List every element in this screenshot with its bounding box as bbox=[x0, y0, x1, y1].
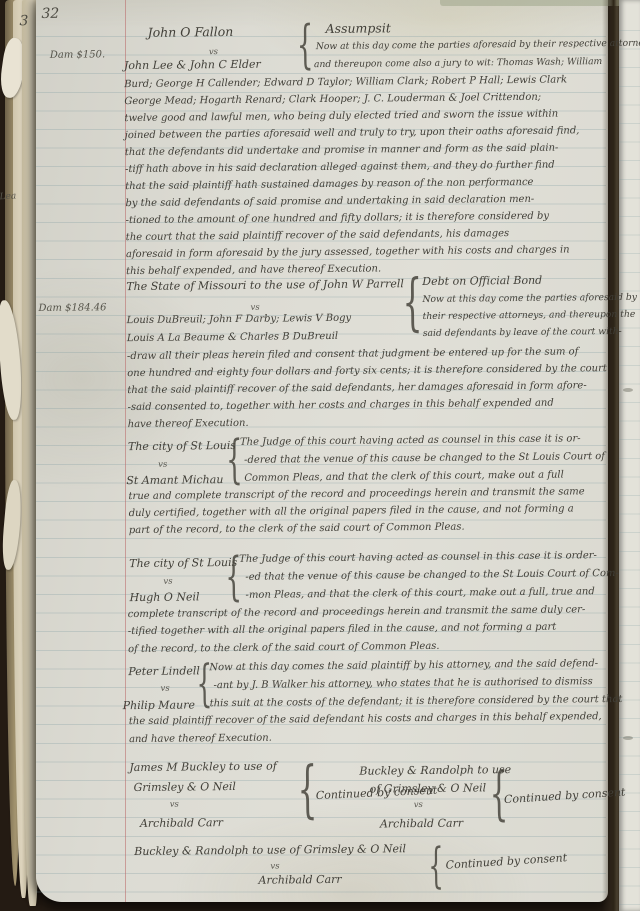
handwriting-layer: 3 32 Lea Dam $150. John O Fallon vs John… bbox=[0, 0, 640, 911]
record-line: one hundred and eighty four dollars and … bbox=[127, 363, 607, 379]
record-line: the said plaintiff recover of the said d… bbox=[129, 711, 602, 727]
case-action: Assumpsit bbox=[326, 20, 391, 36]
record-line: -dered that the venue of this cause be c… bbox=[244, 451, 605, 466]
case-vs: vs bbox=[160, 684, 169, 694]
record-line: that the said plaintiff hath sustained d… bbox=[125, 177, 533, 192]
case-vs: vs bbox=[158, 460, 167, 470]
case-plaintiff: John O Fallon bbox=[148, 24, 234, 40]
record-line: part of the record, to the clerk of the … bbox=[129, 522, 465, 537]
record-line: and have thereof Execution. bbox=[129, 733, 272, 745]
case-plaintiff: The city of St Louis bbox=[129, 556, 237, 570]
record-line: that the said plaintiff recover of the s… bbox=[127, 380, 586, 396]
record-line: Now at this day comes the said plaintiff… bbox=[209, 658, 598, 673]
record-line: -ant by J. B Walker his attorney, who st… bbox=[213, 676, 592, 691]
record-line: -ed that the venue of this cause be chan… bbox=[245, 568, 619, 583]
case-plaintiff: of Grimsley & O Neil bbox=[370, 781, 487, 795]
case-defendant: Archibald Carr bbox=[380, 817, 463, 831]
record-line: true and complete transcript of the reco… bbox=[128, 486, 584, 502]
record-line: The Judge of this court having acted as … bbox=[239, 550, 597, 565]
record-line: The Judge of this court having acted as … bbox=[240, 433, 581, 448]
record-line: joined between the parties aforesaid wel… bbox=[125, 125, 580, 141]
record-line: Burd; George H Callender; Edward D Taylo… bbox=[124, 74, 567, 90]
case-defendant: Louis A La Beaume & Charles B DuBreuil bbox=[127, 331, 338, 344]
brace-mark: { bbox=[297, 23, 314, 67]
case-plaintiff: James M Buckley to use of bbox=[129, 760, 277, 775]
record-line: by the said defendants of said promise a… bbox=[125, 194, 534, 209]
case-vs: vs bbox=[414, 800, 423, 810]
record-line: -draw all their pleas herein filed and c… bbox=[127, 346, 578, 362]
record-line: Common Pleas, and that the clerk of this… bbox=[244, 470, 564, 484]
record-line: George Mead; Hogarth Renard; Clark Hoope… bbox=[124, 92, 541, 107]
case-plaintiff: Grimsley & O Neil bbox=[133, 780, 235, 794]
brace-mark: { bbox=[428, 846, 444, 887]
case-vs: vs bbox=[270, 862, 279, 872]
case-vs: vs bbox=[163, 577, 172, 587]
record-line: -mon Pleas, and that the clerk of this c… bbox=[245, 586, 594, 601]
record-line: the court that the said plaintiff recove… bbox=[126, 228, 510, 243]
case-vs: vs bbox=[209, 47, 218, 57]
record-line: complete transcript of the record and pr… bbox=[128, 604, 586, 620]
ledger-scan: 3 32 Lea Dam $150. John O Fallon vs John… bbox=[0, 0, 640, 911]
brace-mark: { bbox=[402, 276, 422, 329]
record-line: their respective attorneys, and thereupo… bbox=[423, 309, 636, 322]
case-defendant: Archibald Carr bbox=[140, 816, 223, 830]
stub-note: Lea bbox=[0, 191, 17, 202]
case-vs: vs bbox=[250, 303, 259, 313]
record-line: Now at this day come the parties aforesa… bbox=[316, 38, 640, 53]
record-line: of the record, to the clerk of the said … bbox=[128, 641, 440, 655]
record-line: and thereupon come also a jury to wit: T… bbox=[314, 56, 602, 70]
case-plaintiff: Buckley & Randolph to use of Grimsley & … bbox=[134, 842, 406, 858]
record-line: this behalf expended, and have thereof E… bbox=[126, 263, 381, 277]
record-line: duly certified, together with all the or… bbox=[129, 503, 574, 519]
record-line: twelve good and lawful men, who being du… bbox=[124, 109, 558, 125]
record-line: have thereof Execution. bbox=[128, 418, 249, 430]
record-line: -tified together with all the original p… bbox=[128, 622, 556, 637]
record-line: Now at this day come the parties aforesa… bbox=[422, 292, 637, 305]
case-defendant: Philip Maure bbox=[123, 698, 195, 712]
case-defendant: Hugh O Neil bbox=[129, 590, 199, 604]
adjacent-page-number: 3 bbox=[19, 13, 28, 29]
case-defendant: Archibald Carr bbox=[258, 873, 341, 887]
case-defendant: John Lee & John C Elder bbox=[124, 58, 261, 72]
case-plaintiff: The State of Missouri to the use of John… bbox=[126, 277, 404, 293]
record-line: -said consented to, together with her co… bbox=[128, 398, 554, 413]
case-defendant: St Amant Michau bbox=[126, 473, 223, 487]
case-disposition: Continued by consent bbox=[504, 786, 626, 807]
margin-damages-note: Dam $150. bbox=[50, 49, 105, 61]
record-line: this suit at the costs of the defendant;… bbox=[210, 694, 623, 709]
record-line: -tiff hath above in his said declaration… bbox=[125, 160, 555, 175]
record-line: that the defendants did undertake and pr… bbox=[125, 143, 559, 159]
record-line: -tioned to the amount of one hundred and… bbox=[126, 211, 549, 226]
page-number: 32 bbox=[41, 6, 59, 22]
record-line: said defendants by leave of the court wi… bbox=[423, 326, 622, 339]
case-plaintiff: Peter Lindell bbox=[128, 664, 200, 678]
case-plaintiff: The city of St Louis bbox=[128, 439, 236, 453]
case-defendant: Louis DuBreuil; John F Darby; Lewis V Bo… bbox=[127, 313, 352, 326]
margin-damages-note: Dam $184.46 bbox=[38, 302, 106, 314]
record-line: aforesaid in form aforesaid by the jury … bbox=[126, 244, 570, 260]
case-action: Debt on Official Bond bbox=[422, 274, 542, 288]
case-vs: vs bbox=[170, 800, 179, 810]
brace-mark: { bbox=[297, 763, 317, 816]
case-disposition: Continued by consent bbox=[445, 851, 567, 872]
